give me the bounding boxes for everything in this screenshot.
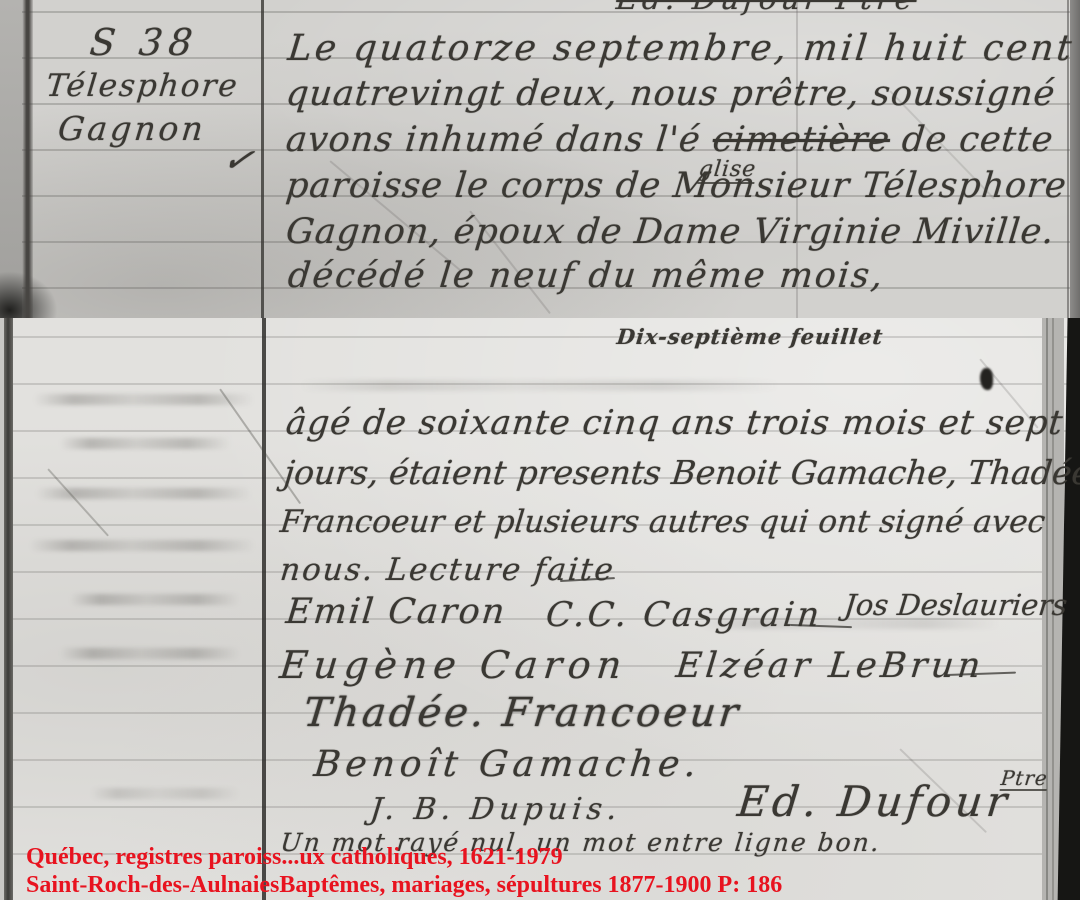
signature-jb-dupuis: J. B. Dupuis. [369, 794, 624, 826]
ghost-stroke [47, 468, 109, 536]
act2-line-1: âgé de soixante cinq ans trois mois et s… [284, 406, 1065, 442]
signature-emil-caron: Emil Caron [284, 594, 508, 631]
act-line-3-pre: avons inhumé dans l'é [284, 120, 703, 160]
margin-column-rule-top [261, 0, 264, 318]
act-line-2: quatrevingt deux, nous prêtre, soussigné [284, 76, 1057, 113]
scan-section-top: S 38 Télesphore Gagnon ✓ Ed. Dufour Ptre… [0, 0, 1080, 319]
signature-jos-deslauriers: Jos Deslauriers [843, 590, 1069, 620]
register-scan: S 38 Télesphore Gagnon ✓ Ed. Dufour Ptre… [0, 0, 1080, 900]
act-line-5: Gagnon, époux de Dame Virginie Miville. [284, 214, 1056, 251]
cut-signature-previous-act: Ed. Dufour Ptre [615, 0, 919, 16]
signature-ed-dufour: Ed. Dufour [735, 780, 1013, 824]
signature-elzear-lebrun: Elzéar LeBrun [674, 648, 986, 685]
bleed-through [70, 594, 240, 605]
binding-line-bottom [4, 318, 13, 900]
signature-eugene-caron: Eugène Caron [278, 646, 630, 686]
margin-name-line1: Télesphore [45, 70, 241, 103]
margin-entry-number: S 38 [88, 24, 200, 63]
signature-benoit-gamache: Benoît Gamache. [312, 746, 703, 784]
act2-line-2: jours, étaient presents Benoit Gamache, … [282, 456, 1080, 491]
margin-checkmark: ✓ [219, 140, 258, 182]
folio-note: Dix-septième feuillet [616, 326, 885, 348]
act2-line-3: Francoeur et plusieurs autres qui ont si… [279, 506, 1047, 539]
bleed-through [90, 788, 240, 799]
margin-name-line2: Gagnon [56, 112, 207, 147]
act-line-3: avons inhumé dans l'é cimetière de cette [284, 122, 1055, 159]
act-line-3-post: de cette [900, 120, 1056, 160]
bleed-through [60, 438, 230, 449]
archive-caption-line2: Saint-Roch-des-AulnaiesBaptêmes, mariage… [26, 872, 782, 898]
signature-thadee-francoeur: Thadée. Francoeur [302, 692, 744, 734]
archive-caption-line1: Québec, registres paroiss...ux catholiqu… [26, 844, 563, 870]
signature-ed-dufour-title: Ptre [1000, 768, 1049, 791]
act-line-6: décédé le neuf du même mois, [286, 258, 886, 295]
act-line-4: paroisse le corps de Monsieur Télesphore [284, 168, 1068, 205]
binding-line-top [22, 0, 33, 318]
ink-blot [980, 368, 993, 390]
bleed-through [300, 380, 780, 391]
bleed-through [34, 394, 254, 405]
scan-section-bottom: Dix-septième feuillet âgé de soixante ci… [0, 318, 1080, 900]
bleed-through [60, 648, 240, 659]
act-line-3-struck-word: cimetière [711, 120, 892, 160]
signature-cc-casgrain: C.C. Casgrain [544, 598, 824, 634]
act-line-1: Le quatorze septembre, mil huit cent [286, 30, 1076, 68]
margin-column-rule-bottom [262, 318, 266, 900]
bleed-through [30, 540, 255, 551]
